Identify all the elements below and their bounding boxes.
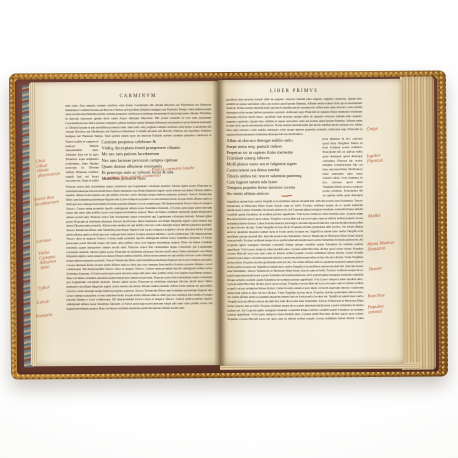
- right-commentary-side-text: hora humana in hoc carbone quod mira Ver…: [322, 137, 362, 197]
- photograph-background: CARMINVM rum ostia. Atq; regnata campis …: [0, 0, 458, 458]
- left-margin-note-group: Pomaria: [36, 310, 70, 319]
- right-page: LIBER PRIMVS gradibus iam moenia incipit…: [218, 79, 404, 366]
- right-margin-note-group: Mollis: [368, 211, 402, 218]
- left-page: CARMINVM rum ostia. Atq; regnata campis …: [29, 81, 220, 366]
- right-verse-block: Albus ut obscuro deterget nubila caelo. …: [226, 137, 320, 198]
- right-commentary-main-block: Significat autem haec uerba Vergilii et …: [227, 199, 364, 322]
- right-commentary-top-text: gradibus iam moenia incipit alibi de aug…: [226, 97, 362, 137]
- margin-note-line: Mollis: [368, 211, 402, 218]
- left-commentary-top-text: rum ostia. Atq; regnata campis curribus …: [65, 103, 211, 139]
- margin-note-line: Cotys: [366, 124, 400, 131]
- left-commentary-top-block: rum ostia. Atq; regnata campis curribus …: [65, 103, 211, 139]
- right-margin-note-group: Bacchus: [367, 291, 401, 298]
- left-running-header: CARMINVM: [65, 93, 211, 99]
- open-book: CARMINVM rum ostia. Atq; regnata campis …: [9, 70, 448, 379]
- left-margin-note-group: Soror dea lacedaemon: [34, 193, 69, 207]
- gutter-shadow: [212, 79, 226, 366]
- right-running-header: LIBER PRIMVS: [226, 88, 362, 94]
- left-commentary-main-block: Plancus orator fuit clarissimus atque co…: [66, 184, 213, 332]
- margin-note-line: Bacchus: [367, 291, 401, 298]
- margin-note-line: Teucer: [368, 264, 402, 271]
- right-margin-note-group: Teucer: [368, 264, 402, 271]
- right-margin-note-group: Populea corona: [368, 302, 403, 314]
- right-margin-note-group: Mons Mosius Sequana: [367, 239, 402, 251]
- right-margin-note-group: Cotys: [366, 124, 400, 131]
- margin-note-line: Pomaria: [36, 310, 70, 319]
- right-commentary-side-block: hora humana in hoc carbone quod mira Ver…: [322, 137, 362, 197]
- left-page-edge-stack: [29, 82, 37, 366]
- right-margin-note-group: Iupiter Plancus: [367, 151, 402, 163]
- verse-line: Sic tristis affatus amicos: [227, 190, 321, 197]
- fore-edge-page-stack: [400, 77, 436, 370]
- right-commentary-top-block: gradibus iam moenia incipit alibi de aug…: [226, 97, 362, 137]
- left-commentary-side-block: Nam et uallis et campus et nemora Tiburn…: [65, 140, 98, 184]
- right-commentary-main-text: Significat autem haec uerba Vergilii et …: [227, 199, 364, 322]
- right-verse-lines: Albus ut obscuro deterget nubila caelo. …: [226, 137, 320, 197]
- left-commentary-side-text: Nam et uallis et campus et nemora Tiburn…: [65, 140, 98, 184]
- left-commentary-main-text: Plancus orator fuit clarissimus atque co…: [66, 184, 213, 311]
